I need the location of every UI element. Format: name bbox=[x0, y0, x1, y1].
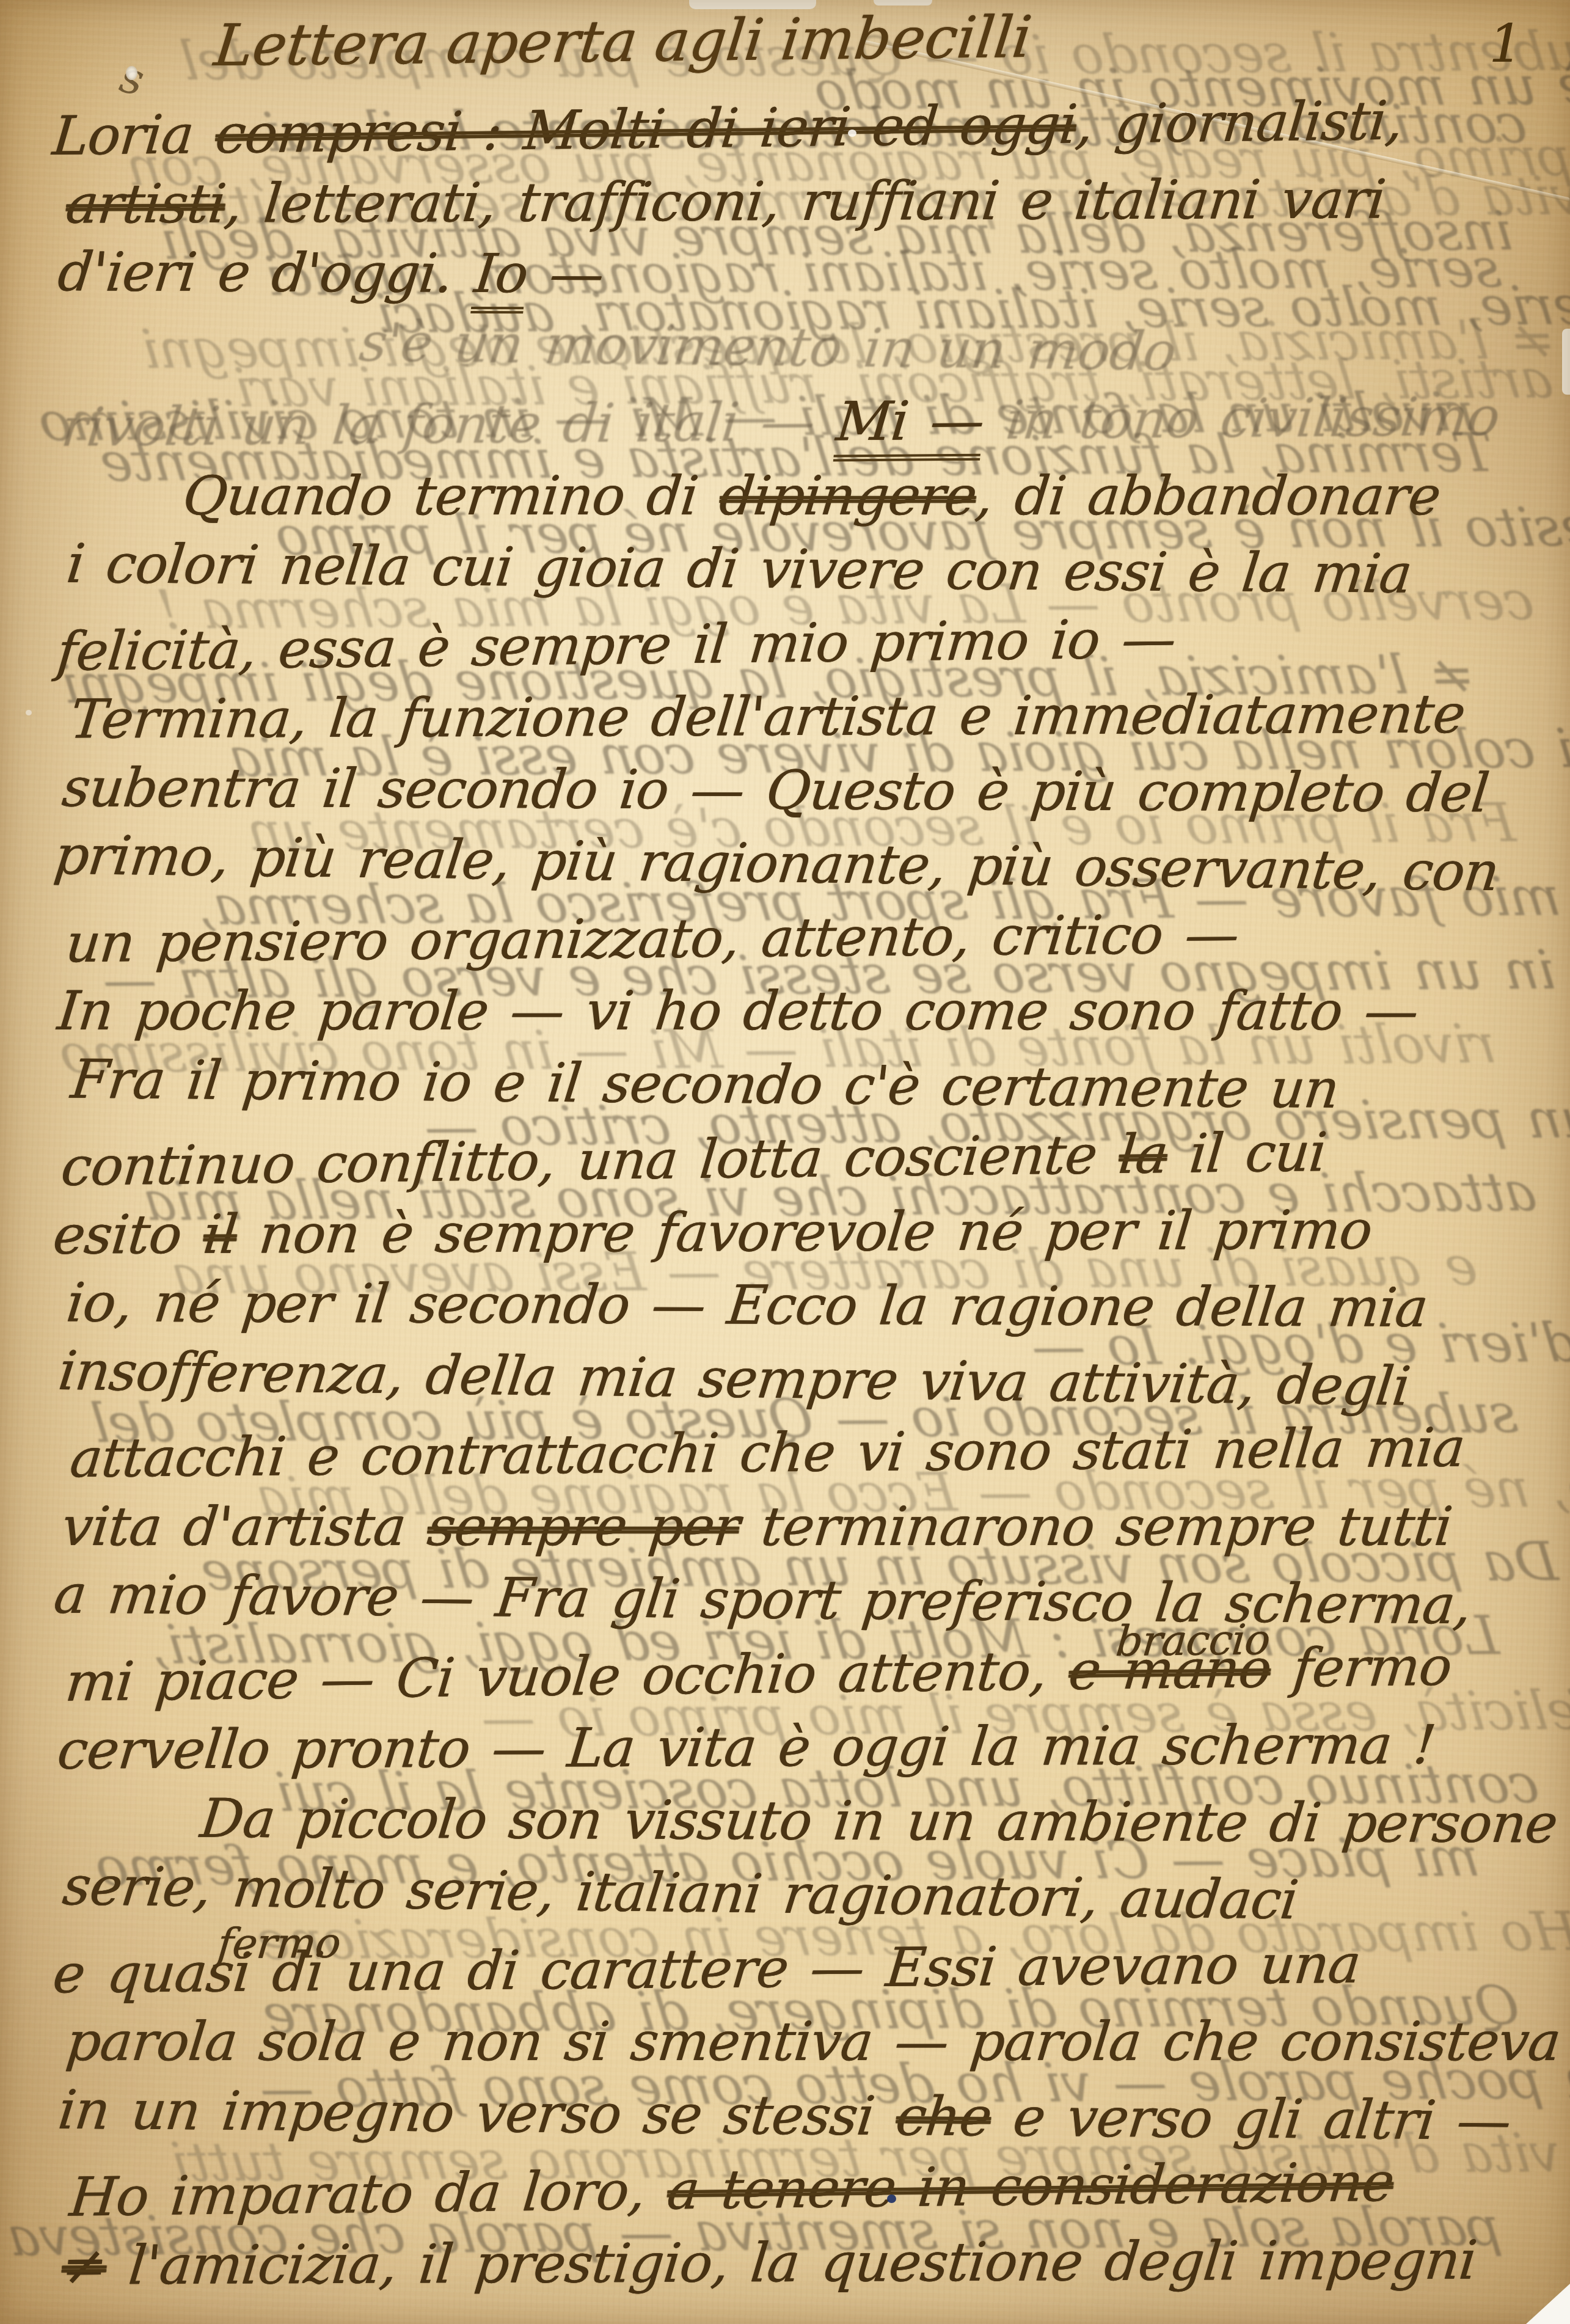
handwritten-text: attacchi e contrattacchi che vi sono sta… bbox=[67, 1416, 1467, 1490]
struck-text: a tenere in considerazione bbox=[665, 2150, 1397, 2222]
handwritten-text: continuo conflitto, una lotta cosciente bbox=[59, 1123, 1122, 1198]
manuscript-line: Ho imparato da loro, a tenere in conside… bbox=[13, 2144, 1570, 2234]
handwritten-text: vita d'artista bbox=[59, 1495, 431, 1558]
manuscript-line: In poche parole — vi ho detto come sono … bbox=[1, 975, 1570, 1047]
manuscript-line: vita d'artista sempre per terminarono se… bbox=[5, 1491, 1570, 1563]
manuscript-line: Fra il primo io e il secondo c'è certame… bbox=[13, 1043, 1570, 1127]
handwritten-text: felicità, essa è sempre il mio primo io … bbox=[54, 607, 1178, 682]
manuscript-line: parola sola e non si smentiva — parola c… bbox=[9, 2006, 1570, 2078]
handwritten-text: esito bbox=[50, 1202, 206, 1266]
manuscript-line: felicità, essa è sempre il mio primo io … bbox=[0, 597, 1570, 688]
manuscript-page: s'è un movimento in un modoprimo, più re… bbox=[0, 0, 1570, 2324]
inserted-word-above-line: braccio bbox=[1112, 1604, 1272, 1678]
handwritten-text: l'amicizia, il prestigio, la questione d… bbox=[103, 2228, 1479, 2297]
handwritten-text: Quando termino di bbox=[180, 464, 723, 527]
handwritten-text: — Essi avevano una bbox=[785, 1932, 1363, 1999]
manuscript-line: io, né per il secondo — Ecco la ragione … bbox=[9, 1266, 1570, 1345]
handwritten-text: subentra il secondo io — Questo è più co… bbox=[59, 756, 1492, 824]
page-title: Lettera aperta agli imbecilli bbox=[211, 4, 1035, 79]
handwritten-text: fermo bbox=[1268, 1634, 1454, 1699]
handwritten-text: Fra il primo io e il secondo c'è certame… bbox=[68, 1047, 1342, 1120]
handwritten-text: il cui bbox=[1164, 1120, 1329, 1185]
struck-text: che bbox=[893, 2085, 995, 2148]
handwritten-text: mi piace — Ci vuole occhio attento, bbox=[63, 1639, 1072, 1713]
manuscript-line: Loria compresi : Molti di ieri ed oggi, … bbox=[0, 82, 1570, 173]
handwritten-text: cervello pronto — La vita è oggi la mia … bbox=[54, 1713, 1438, 1781]
manuscript-line: Quando termino di dipingere, di abbandon… bbox=[0, 460, 1570, 532]
double-underlined-text: Io bbox=[470, 242, 530, 313]
handwritten-text: , giornalisti, bbox=[1073, 89, 1406, 156]
ink-layer: Loria compresi : Molti di ieri ed oggi, … bbox=[0, 0, 1570, 2324]
page-number: 1 bbox=[1489, 13, 1522, 75]
handwritten-text: in tono civilissimo bbox=[980, 385, 1502, 451]
handwritten-text: in un impegno verso se stessi bbox=[55, 2078, 900, 2147]
manuscript-line: esito il non è sempre favorevole né per … bbox=[0, 1193, 1570, 1271]
handwritten-text: un pensiero organizzato, attento, critic… bbox=[63, 902, 1241, 974]
handwritten-text: Ho imparato da loro, bbox=[67, 2158, 671, 2228]
manuscript-line: un pensiero organizzato, attento, critic… bbox=[9, 895, 1570, 979]
manuscript-line: Da piccolo son vissuto in un ambiente di… bbox=[13, 1781, 1570, 1860]
handwritten-text: non è sempre favorevole né per il primo bbox=[233, 1198, 1375, 1265]
manuscript-line: Termina, la funzione dell'artista e imme… bbox=[13, 678, 1570, 756]
manuscript-line: ≠ l'amicizia, il prestigio, la questione… bbox=[5, 2223, 1570, 2301]
manuscript-line: d'ieri e d'oggi. Io — bbox=[1, 236, 1570, 314]
handwritten-text: , letterati, trafficoni, ruffiani e ital… bbox=[222, 167, 1388, 235]
manuscript-line: cervello pronto — La vita è oggi la mia … bbox=[1, 1708, 1570, 1786]
manuscript-line: in un impegno verso se stessi che e vers… bbox=[1, 2074, 1570, 2158]
blue-ink-dot bbox=[887, 2194, 896, 2203]
handwritten-text: , di abbandonare bbox=[973, 464, 1443, 527]
manuscript-line: mi piace — Ci vuole occhio attento, e ma… bbox=[9, 1628, 1570, 1719]
handwritten-text: io, né per il secondo — Ecco la ragione … bbox=[64, 1271, 1431, 1339]
handwritten-text: rivolti un la fonte di itali — bbox=[59, 390, 840, 459]
manuscript-line: subentra il secondo io — Questo è più co… bbox=[5, 751, 1570, 830]
handwritten-text: Termina, la funzione dell'artista e imme… bbox=[67, 682, 1467, 751]
manuscript-line: attacchi e contrattacchi che vi sono sta… bbox=[13, 1411, 1570, 1495]
handwritten-text: Da piccolo son vissuto in un ambiente di… bbox=[197, 1786, 1560, 1855]
manuscript-line: i colori nella cui gioia di vivere con e… bbox=[9, 527, 1570, 612]
handwritten-text: i colori nella cui gioia di vivere con e… bbox=[64, 532, 1414, 605]
manuscript-line: a mio favore — Fra gli sport preferisco … bbox=[0, 1558, 1570, 1642]
struck-text: artisti bbox=[63, 172, 228, 235]
handwritten-text: primo, più reale, più ragionante, più os… bbox=[51, 824, 1502, 903]
handwritten-text: e quasi di una di caratterefermo bbox=[50, 1937, 791, 2005]
handwritten-text: e verso gli altri — bbox=[987, 2085, 1514, 2152]
struck-text: ≠ bbox=[59, 2234, 109, 2297]
handwritten-text: terminarono sempre tutti bbox=[736, 1495, 1455, 1558]
double-underlined-text: Mi — bbox=[833, 389, 987, 461]
manuscript-line: e quasi di una di caratterefermo — Essi … bbox=[0, 1926, 1570, 2010]
manuscript-line: rivolti un la fonte di itali — Mi — in t… bbox=[4, 380, 1570, 464]
manuscript-line: primo, più reale, più ragionante, più os… bbox=[0, 819, 1570, 909]
handwritten-text: d'ieri e d'oggi. bbox=[55, 240, 478, 305]
struck-text: e manobraccio bbox=[1066, 1637, 1274, 1702]
struck-text: sempre per bbox=[425, 1495, 742, 1558]
manuscript-line: artisti, letterati, trafficoni, ruffiani… bbox=[9, 162, 1570, 240]
handwritten-text: Loria bbox=[50, 103, 219, 167]
struck-text: compresi : Molti di ieri ed oggi bbox=[213, 93, 1079, 166]
inserted-word-above-line: fermo bbox=[214, 1907, 343, 1981]
struck-text: dipingere bbox=[717, 464, 979, 527]
handwritten-text: parola sola e non si smentiva — parola c… bbox=[64, 2010, 1563, 2073]
handwritten-text: — bbox=[524, 242, 607, 305]
manuscript-line: insofferenza, della mia sempre viva atti… bbox=[1, 1334, 1570, 1425]
handwritten-text: In poche parole — vi ho detto come sono … bbox=[55, 979, 1421, 1042]
handwritten-text: s'è un movimento in un modo bbox=[356, 310, 1179, 382]
handwritten-text: insofferenza, della mia sempre viva atti… bbox=[56, 1339, 1413, 1417]
manuscript-line: continuo conflitto, una lotta cosciente … bbox=[4, 1113, 1570, 1204]
struck-text: la bbox=[1116, 1122, 1170, 1186]
